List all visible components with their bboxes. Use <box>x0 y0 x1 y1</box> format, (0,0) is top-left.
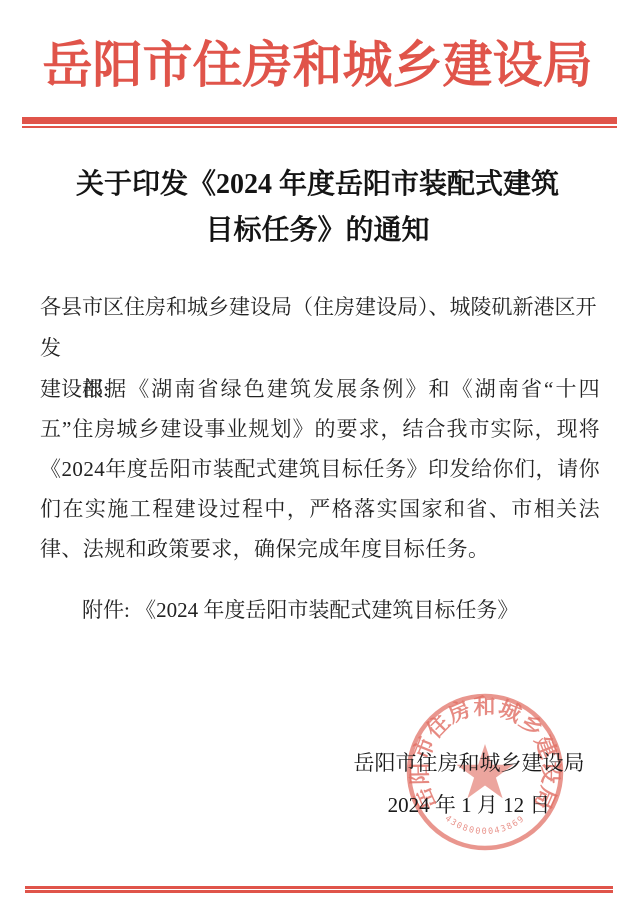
attachment-line: 附件: 《2024 年度岳阳市装配式建筑目标任务》 <box>40 594 600 626</box>
issuer-name: 岳阳市住房和城乡建设局 <box>328 742 610 784</box>
footer-rule <box>25 886 613 893</box>
notice-title-line2: 目标任务》的通知 <box>0 208 635 254</box>
notice-title-line1: 关于印发《2024 年度岳阳市装配式建筑 <box>0 162 635 208</box>
salutation-line1: 各县市区住房和城乡建设局（住房建设局）、城陵矶新港区开发 <box>40 287 600 369</box>
signoff-block: 岳阳市住房和城乡建设局 2024 年 1 月 12 日 <box>328 742 610 826</box>
notice-title: 关于印发《2024 年度岳阳市装配式建筑 目标任务》的通知 <box>0 162 635 254</box>
letterhead-agency-name: 岳阳市住房和城乡建设局 <box>0 24 635 106</box>
issue-date: 2024 年 1 月 12 日 <box>328 784 610 826</box>
letterhead-rule <box>22 117 617 128</box>
document-page: 岳阳市住房和城乡建设局 关于印发《2024 年度岳阳市装配式建筑 目标任务》的通… <box>0 0 635 904</box>
body-paragraph: 根据《湖南省绿色建筑发展条例》和《湖南省“十四五”住房城乡建设事业规划》的要求，… <box>40 369 600 569</box>
